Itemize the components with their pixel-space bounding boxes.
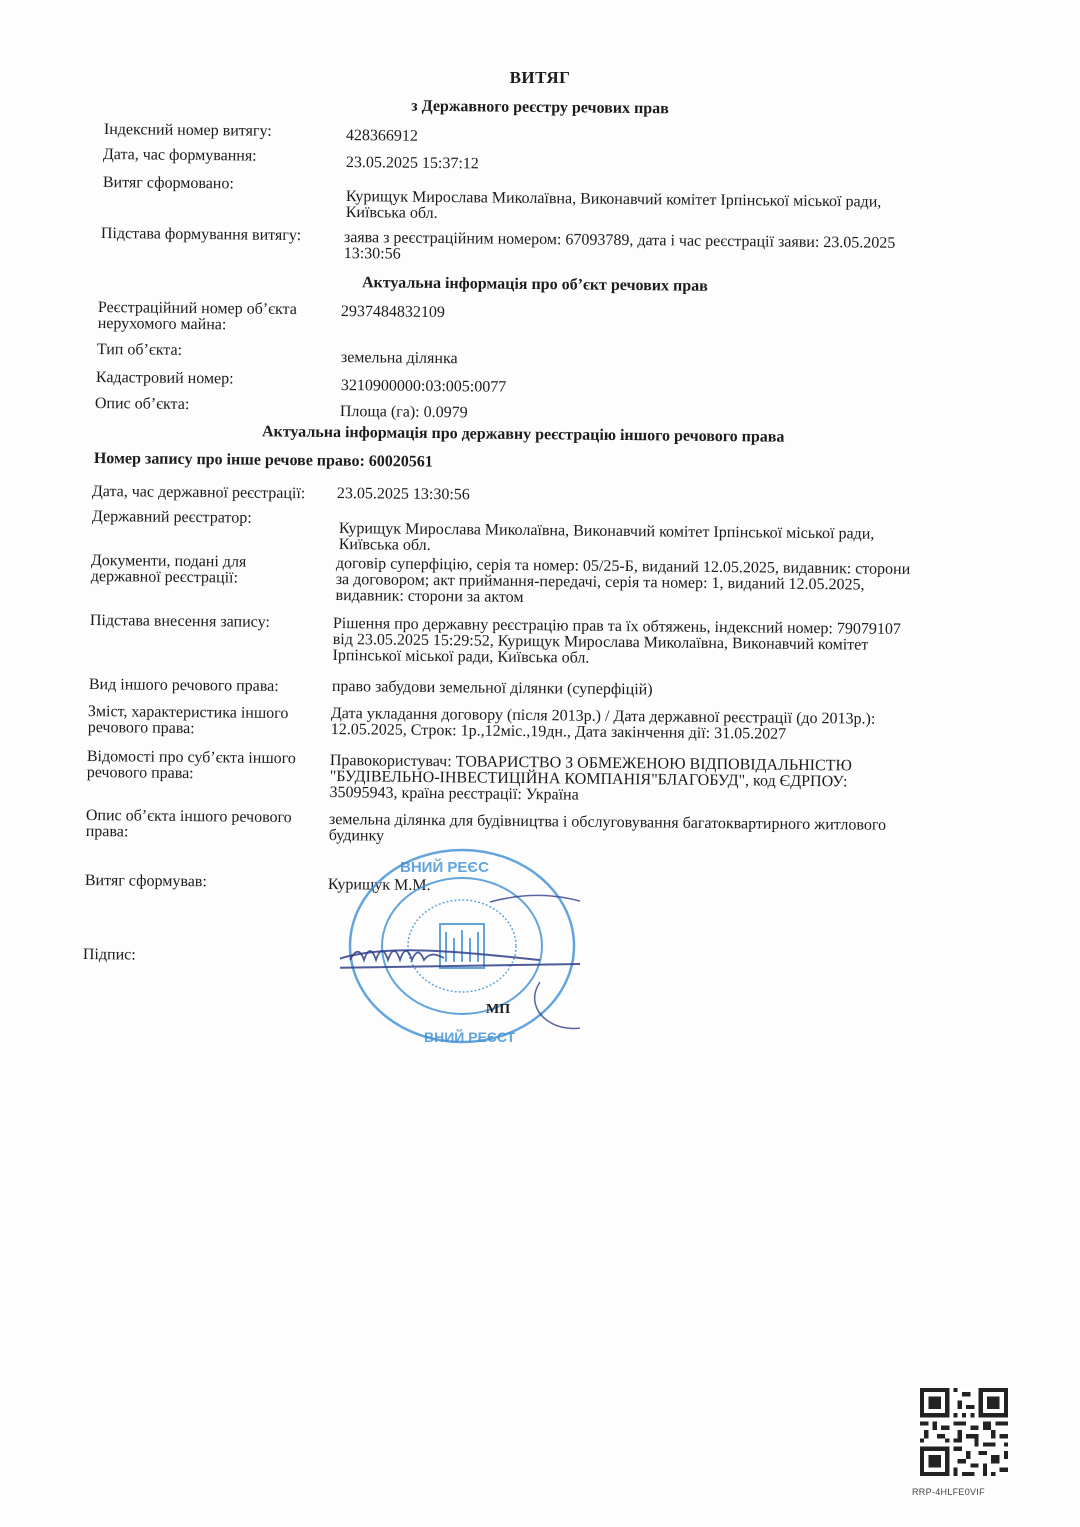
field-value: 3210900000:03:005:0077 bbox=[341, 378, 507, 396]
field-value: Правокористувач: ТОВАРИСТВО З ОБМЕЖЕНОЮ … bbox=[329, 753, 851, 806]
label-line: державної реєстрації: bbox=[91, 569, 247, 587]
field-label: Кадастровий номер: bbox=[96, 370, 234, 387]
registration-section-title: Актуальна інформація про державну реєстр… bbox=[262, 423, 785, 446]
field-label: Відомості про суб’єкта іншого речового п… bbox=[87, 749, 296, 783]
field-label: Опис об’єкта іншого речового права: bbox=[86, 808, 292, 842]
label-line: речового права: bbox=[88, 720, 289, 738]
qr-code-caption: RRP-4HLFE0VIF bbox=[912, 1487, 985, 1497]
label-line: речового права: bbox=[87, 765, 296, 783]
field-label: Державний реєстратор: bbox=[92, 509, 252, 527]
field-label: Реєстраційний номер об’єкта нерухомого м… bbox=[98, 300, 297, 334]
field-value: земельна ділянка bbox=[341, 350, 458, 367]
field-label: Документи, подані для державної реєстрац… bbox=[91, 553, 247, 587]
label-line: права: bbox=[86, 824, 292, 842]
object-section-title: Актуальна інформація про об’єкт речових … bbox=[362, 274, 708, 296]
official-seal-stamp-icon: ВНИЙ РЕЄС ВНИЙ РЕЄСТ bbox=[340, 842, 580, 1052]
field-label: Підстава формування витягу: bbox=[101, 226, 301, 244]
field-value: Дата укладання договору (після 2013р.) /… bbox=[331, 706, 876, 744]
field-label: Тип об’єкта: bbox=[97, 342, 182, 359]
field-label: Зміст, характеристика іншого речового пр… bbox=[88, 704, 289, 738]
field-label: Опис об’єкта: bbox=[95, 396, 190, 413]
svg-text:ВНИЙ РЕЄС: ВНИЙ РЕЄС bbox=[400, 858, 489, 876]
document-page: ВИТЯГ з Державного реєстру речових прав … bbox=[0, 0, 1080, 1527]
field-label: Дата, час державної реєстрації: bbox=[92, 484, 306, 502]
field-value: 23.05.2025 15:37:12 bbox=[346, 155, 479, 172]
field-label: Вид іншого речового права: bbox=[89, 677, 279, 695]
record-number: Номер запису про інше речове право: 6002… bbox=[94, 450, 433, 472]
field-value: Курищук Мирослава Миколаївна, Виконавчий… bbox=[346, 189, 882, 227]
seal-mark: МП bbox=[486, 1002, 510, 1018]
field-label: Дата, час формування: bbox=[103, 147, 257, 165]
field-label: Витяг сформував: bbox=[85, 873, 207, 890]
field-value: 2937484832109 bbox=[341, 304, 445, 321]
document-subtitle: з Державного реєстру речових прав bbox=[0, 93, 1080, 122]
label-line: нерухомого майна: bbox=[98, 316, 297, 334]
field-label: Підстава внесення запису: bbox=[90, 613, 270, 631]
field-value: договір суперфіцію, серія та номер: 05/2… bbox=[335, 556, 910, 610]
document-title: ВИТЯГ bbox=[0, 68, 1080, 88]
field-label: Підпис: bbox=[83, 947, 136, 964]
qr-code-icon bbox=[920, 1388, 1008, 1476]
svg-text:ВНИЙ РЕЄСТ: ВНИЙ РЕЄСТ bbox=[424, 1028, 516, 1045]
field-value: Площа (га): 0.0979 bbox=[340, 404, 468, 421]
field-value: 23.05.2025 13:30:56 bbox=[337, 486, 470, 503]
field-label: Індексний номер витягу: bbox=[104, 122, 272, 140]
field-value: Курищук Мирослава Миколаївна, Виконавчий… bbox=[339, 521, 875, 559]
field-value: Рішення про державну реєстрацію прав та … bbox=[332, 616, 901, 670]
field-value: заява з реєстраційним номером: 67093789,… bbox=[344, 230, 896, 268]
field-label: Витяг сформовано: bbox=[103, 175, 234, 192]
field-value: 428366912 bbox=[346, 128, 418, 145]
field-value: право забудови земельної ділянки (суперф… bbox=[332, 679, 653, 698]
